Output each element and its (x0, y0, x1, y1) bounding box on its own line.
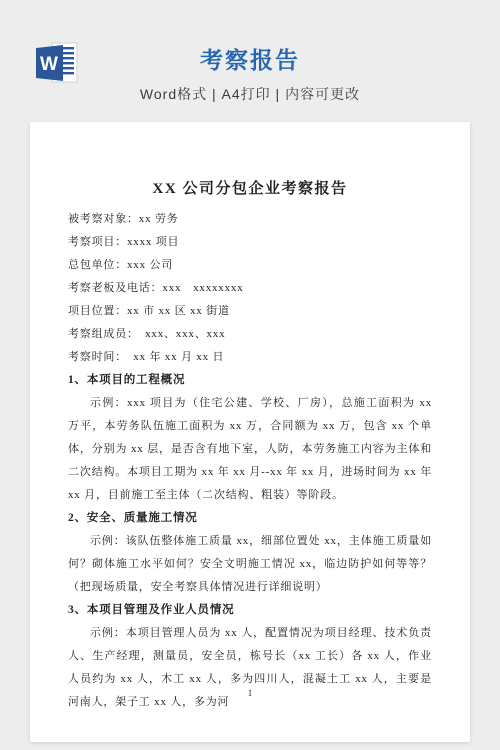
meta-line-location: 项目位置：xx 市 xx 区 xx 街道 (68, 300, 432, 323)
doc-title: XX 公司分包企业考察报告 (68, 178, 432, 200)
meta-line-inspected-party: 被考察对象：xx 劳务 (68, 208, 432, 231)
document-page: XX 公司分包企业考察报告 被考察对象：xx 劳务 考察项目：xxxx 项目 总… (30, 122, 470, 742)
meta-line-team-members: 考察组成员： xxx、xxx、xxx (68, 323, 432, 346)
word-icon: W (33, 40, 81, 88)
section-2-paragraph: 示例：该队伍整体施工质量 xx，细部位置处 xx，主体施工质量如何？砌体施工水平… (68, 530, 432, 599)
meta-line-general-contractor: 总包单位：xxx 公司 (68, 254, 432, 277)
template-header: W 考察报告 Word格式 | A4打印 | 内容可更改 (0, 0, 500, 112)
section-1-heading: 1、本项目的工程概况 (68, 369, 432, 392)
meta-line-project: 考察项目：xxxx 项目 (68, 231, 432, 254)
document-content: XX 公司分包企业考察报告 被考察对象：xx 劳务 考察项目：xxxx 项目 总… (30, 122, 470, 714)
doc-meta-block: 被考察对象：xx 劳务 考察项目：xxxx 项目 总包单位：xxx 公司 考察老… (68, 208, 432, 369)
page-number: 1 (30, 688, 470, 698)
section-3-paragraph: 示例：本项目管理人员为 xx 人，配置情况为项目经理、技术负责人、生产经理，测量… (68, 622, 432, 714)
meta-line-date: 考察时间： xx 年 xx 月 xx 日 (68, 346, 432, 369)
section-3-heading: 3、本项目管理及作业人员情况 (68, 599, 432, 622)
section-2-heading: 2、安全、质量施工情况 (68, 507, 432, 530)
word-icon-letter: W (40, 54, 58, 75)
doc-section-1: 1、本项目的工程概况 示例：xxx 项目为（住宅公建、学校、厂房），总施工面积为… (68, 369, 432, 507)
meta-line-boss-phone: 考察老板及电话：xxx xxxxxxxx (68, 277, 432, 300)
doc-section-2: 2、安全、质量施工情况 示例：该队伍整体施工质量 xx，细部位置处 xx，主体施… (68, 507, 432, 599)
section-1-paragraph: 示例：xxx 项目为（住宅公建、学校、厂房），总施工面积为 xx 万平，本劳务队… (68, 392, 432, 507)
